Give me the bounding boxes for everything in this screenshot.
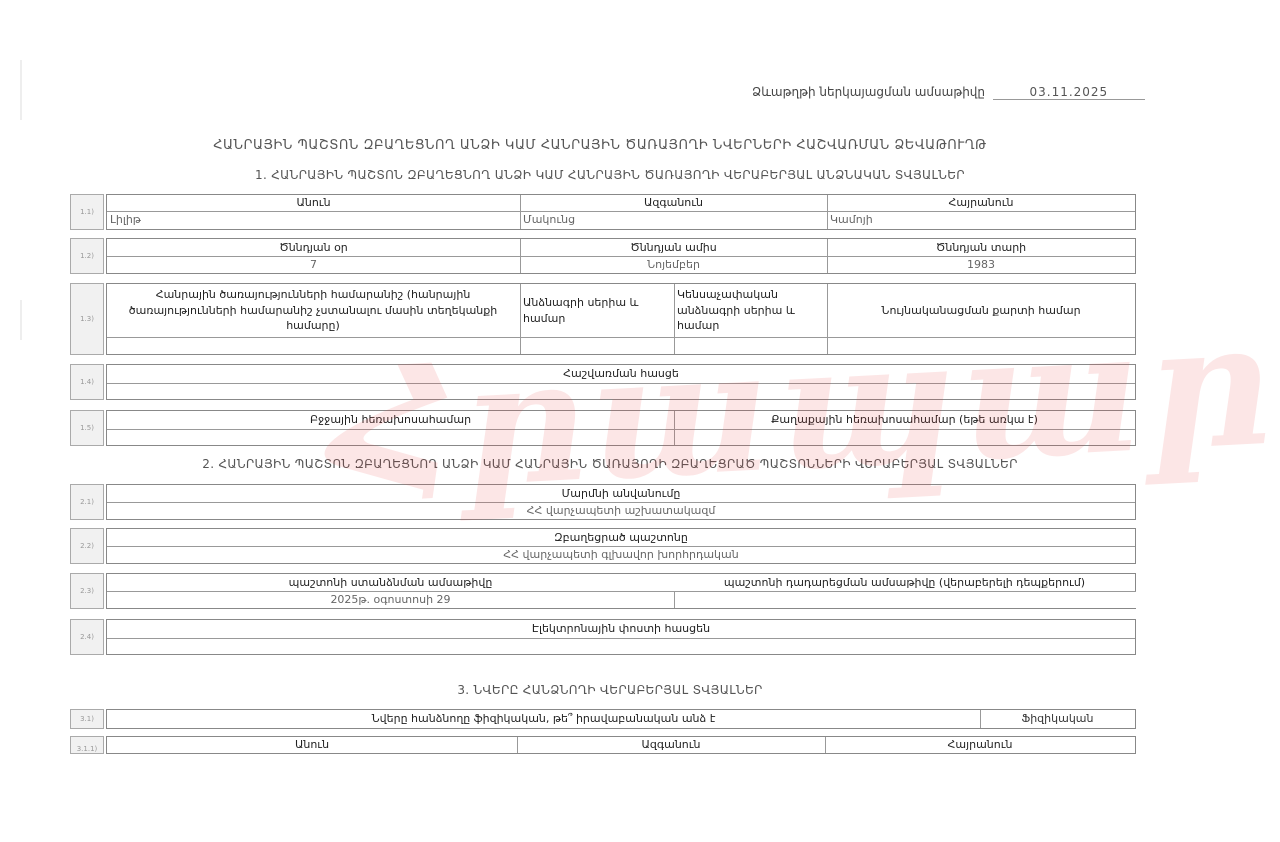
grid: Նվերը հանձնողը ֆիզիկական, թե՞ իրավաբանակ… <box>106 709 1136 729</box>
body-name-header: Մարմնի անվանումը <box>107 485 1135 502</box>
id-card-number-header: Նույնականացման քարտի համար <box>827 284 1135 337</box>
passport-number-value <box>520 337 674 354</box>
biometric-passport-header: Կենսաչափական անձնագրի սերիա և համար <box>674 284 824 337</box>
section-1-title: 1. ՀԱՆՐԱՅԻՆ ՊԱՇՏՈՆ ԶԲԱՂԵՑՆՈՂ ԱՆՁԻ ԿԱՄ ՀԱ… <box>150 168 1070 182</box>
row-number: 2.4) <box>70 619 104 655</box>
grid: պաշտոնի ստանձնման ամսաթիվը պաշտոնի դադար… <box>106 573 1136 609</box>
position-end-date-header: պաշտոնի դադարեցման ամսաթիվը (վերաբերելի … <box>674 574 1136 591</box>
row-number: 1.1) <box>70 194 104 230</box>
last-name-value: Մակունց <box>520 211 827 229</box>
grid: Ծննդյան օր Ծննդյան ամիս Ծննդյան տարի 7 Ն… <box>106 238 1136 274</box>
row-number: 3.1) <box>70 709 104 729</box>
row-2-2: 2.2) Զբաղեցրած պաշտոնը ՀՀ վարչապետի գլխա… <box>70 528 1136 564</box>
row-1-3: 1.3) Հանրային ծառայությունների համարանիշ… <box>70 283 1136 355</box>
birth-month-value: Նոյեմբեր <box>520 256 827 273</box>
submission-date-row: Ձևաթղթի ներկայացման ամսաթիվը 03.11.2025 <box>752 85 1145 100</box>
registration-address-value <box>107 383 1135 399</box>
row-number: 1.3) <box>70 283 104 355</box>
row-2-1: 2.1) Մարմնի անվանումը ՀՀ վարչապետի աշխատ… <box>70 484 1136 520</box>
position-value: ՀՀ վարչապետի գլխավոր խորհրդական <box>107 546 1135 563</box>
birth-year-value: 1983 <box>827 256 1135 273</box>
id-card-number-value <box>827 337 1135 354</box>
biometric-passport-value <box>674 337 827 354</box>
position-end-date-value <box>674 591 1136 608</box>
row-1-2: 1.2) Ծննդյան օր Ծննդյան ամիս Ծննդյան տար… <box>70 238 1136 274</box>
giver-patronymic-header: Հայրանուն <box>825 737 1135 753</box>
grid: Հաշվառման հասցե <box>106 364 1136 400</box>
row-3-1: 3.1) Նվերը հանձնողը ֆիզիկական, թե՞ իրավա… <box>70 709 1136 729</box>
row-number: 3.1.1) <box>70 736 104 754</box>
giver-last-name-header: Ազգանուն <box>517 737 825 753</box>
row-number: 1.2) <box>70 238 104 274</box>
mobile-phone-header: Բջջային հեռախոսահամար <box>107 411 674 429</box>
grid: Մարմնի անվանումը ՀՀ վարչապետի աշխատակազմ <box>106 484 1136 520</box>
registration-address-header: Հաշվառման հասցե <box>107 365 1135 383</box>
public-service-number-value <box>107 337 520 354</box>
first-name-header: Անուն <box>107 195 520 211</box>
section-2-title: 2. ՀԱՆՐԱՅԻՆ ՊԱՇՏՈՆ ԶԲԱՂԵՑՆՈՂ ԱՆՁԻ ԿԱՄ ՀԱ… <box>150 457 1070 471</box>
email-header: Էլեկտրոնային փոստի հասցեն <box>107 620 1135 638</box>
passport-number-header: Անձնագրի սերիա և համար <box>520 284 670 337</box>
row-number: 2.2) <box>70 528 104 564</box>
row-1-1: 1.1) Անուն Ազգանուն Հայրանուն Լիլիթ Մակո… <box>70 194 1136 230</box>
mobile-phone-value <box>107 429 674 445</box>
birth-day-value: 7 <box>107 256 520 273</box>
landline-phone-header: Քաղաքային հեռախոսահամար (եթե առկա է) <box>674 411 1135 429</box>
row-number: 1.5) <box>70 410 104 446</box>
row-1-4: 1.4) Հաշվառման հասցե <box>70 364 1136 400</box>
giver-type-question: Նվերը հանձնողը ֆիզիկական, թե՞ իրավաբանակ… <box>107 710 980 728</box>
position-start-date-header: պաշտոնի ստանձնման ամսաթիվը <box>107 574 674 591</box>
grid: Էլեկտրոնային փոստի հասցեն <box>106 619 1136 655</box>
patronymic-value: Կամոյի <box>827 211 1135 229</box>
submission-date-value: 03.11.2025 <box>993 85 1145 100</box>
submission-date-label: Ձևաթղթի ներկայացման ամսաթիվը <box>752 85 985 99</box>
landline-phone-value <box>674 429 1135 445</box>
scan-margin-mark <box>20 60 22 120</box>
last-name-header: Ազգանուն <box>520 195 827 211</box>
row-1-5: 1.5) Բջջային հեռախոսահամար Քաղաքային հեռ… <box>70 410 1136 446</box>
row-2-3: 2.3) պաշտոնի ստանձնման ամսաթիվը պաշտոնի … <box>70 573 1136 609</box>
row-number: 2.3) <box>70 573 104 609</box>
first-name-value: Լիլիթ <box>107 211 520 229</box>
public-service-number-header: Հանրային ծառայությունների համարանիշ (հան… <box>113 284 513 337</box>
grid: Բջջային հեռախոսահամար Քաղաքային հեռախոսա… <box>106 410 1136 446</box>
grid: Անուն Ազգանուն Հայրանուն <box>106 736 1136 754</box>
patronymic-header: Հայրանուն <box>827 195 1135 211</box>
position-start-date-value: 2025թ. օգոստոսի 29 <box>107 591 674 608</box>
giver-first-name-header: Անուն <box>107 737 517 753</box>
grid: Հանրային ծառայությունների համարանիշ (հան… <box>106 283 1136 355</box>
row-number: 1.4) <box>70 364 104 400</box>
email-value <box>107 638 1135 654</box>
form-title: ՀԱՆՐԱՅԻՆ ՊԱՇՏՈՆ ԶԲԱՂԵՑՆՈՂ ԱՆՁԻ ԿԱՄ ՀԱՆՐԱ… <box>150 138 1050 153</box>
birth-day-header: Ծննդյան օր <box>107 239 520 256</box>
row-number: 2.1) <box>70 484 104 520</box>
row-2-4: 2.4) Էլեկտրոնային փոստի հասցեն <box>70 619 1136 655</box>
birth-month-header: Ծննդյան ամիս <box>520 239 827 256</box>
position-header: Զբաղեցրած պաշտոնը <box>107 529 1135 546</box>
scan-margin-mark <box>20 300 22 340</box>
grid: Զբաղեցրած պաշտոնը ՀՀ վարչապետի գլխավոր խ… <box>106 528 1136 564</box>
grid: Անուն Ազգանուն Հայրանուն Լիլիթ Մակունց Կ… <box>106 194 1136 230</box>
giver-type-value: Ֆիզիկական <box>980 710 1135 728</box>
row-3-1-1: 3.1.1) Անուն Ազգանուն Հայրանուն <box>70 736 1136 754</box>
birth-year-header: Ծննդյան տարի <box>827 239 1135 256</box>
body-name-value: ՀՀ վարչապետի աշխատակազմ <box>107 502 1135 519</box>
section-3-title: 3. ՆՎԵՐԸ ՀԱՆՁՆՈՂԻ ՎԵՐԱԲԵՐՅԱԼ ՏՎՅԱԼՆԵՐ <box>300 683 920 697</box>
